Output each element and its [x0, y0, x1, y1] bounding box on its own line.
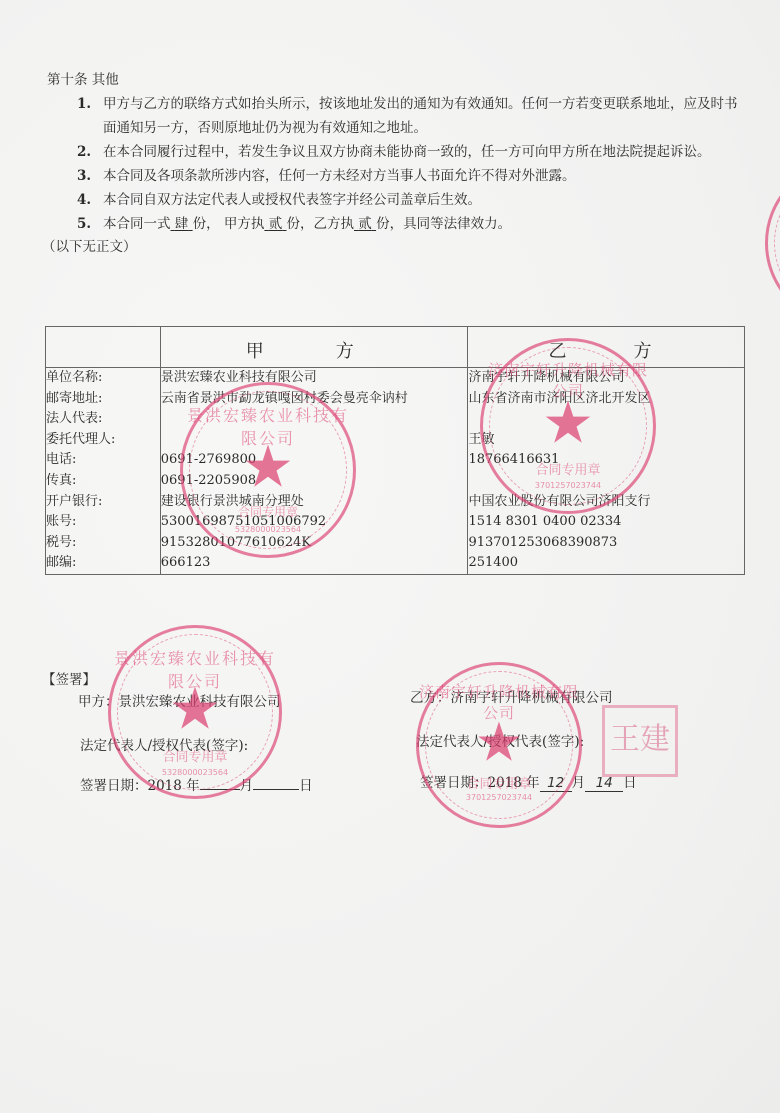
party-b-value: 1514 8301 0400 02334 — [468, 512, 744, 533]
party-b-value: 王敏 — [468, 430, 744, 451]
party-a-date: 签署日期：2018 年月日 — [80, 778, 313, 794]
item-text: 在本合同履行过程中，若发生争议且双方协商未能协商一致的，任一方可向甲方所在地法院… — [103, 144, 711, 160]
party-a-day-blank[interactable] — [253, 789, 299, 790]
party-a-value — [161, 409, 468, 430]
party-a-month-blank[interactable] — [200, 789, 240, 790]
item-text: 面通知另一方，否则原地址仍为视为有效通知之地址。 — [103, 120, 427, 136]
header-blank — [46, 327, 161, 368]
item-number: 4. — [77, 192, 91, 208]
item-number: 2. — [77, 144, 91, 160]
party-b-value — [468, 471, 744, 492]
clause-text: 本合同一式 — [103, 216, 171, 232]
field-label: 账号: — [46, 512, 160, 533]
field-label: 单位名称: — [46, 368, 160, 389]
party-b-date: 签署日期：2018 年12月14日 — [420, 775, 637, 792]
party-a-value: 景洪宏臻农业科技有限公司 — [161, 368, 468, 389]
party-a-value: 建设银行景洪城南分理处 — [161, 492, 468, 513]
field-label: 电话: — [46, 450, 160, 471]
edge-stamp-fragment — [765, 160, 780, 326]
party-a-value — [161, 430, 468, 451]
party-a-rep-label: 法定代表人/授权代表(签字): — [80, 738, 248, 754]
field-label: 邮编: — [46, 553, 160, 574]
field-label: 邮寄地址: — [46, 389, 160, 410]
party-b-name: 济南宇轩升降机械有限公司 — [451, 690, 613, 706]
party-b-value: 18766416631 — [468, 450, 744, 471]
party-a-value: 0691-2205908 — [161, 471, 468, 492]
party-a-copies: 贰 — [264, 216, 286, 232]
field-label: 税号: — [46, 533, 160, 554]
party-b-signature-line: 乙方：济南宇轩升降机械有限公司 — [410, 690, 613, 706]
personal-name-seal: 王建 — [602, 705, 678, 777]
party-b-rep-label: 法定代表人/授权代表(签字): — [416, 734, 584, 750]
signing-heading: 【签署】 — [42, 672, 96, 688]
party-b-day: 14 — [585, 775, 623, 792]
clause-text: 份， 甲方执 — [193, 216, 265, 232]
clause-text: 份，具同等法律效力。 — [376, 216, 511, 232]
field-label: 委托代理人: — [46, 430, 160, 451]
total-copies: 肆 — [171, 216, 193, 232]
party-b-value: 251400 — [468, 553, 744, 574]
party-info-table: 甲 方 乙 方 单位名称:邮寄地址:法人代表:委托代理人:电话:传真:开户银行:… — [45, 326, 745, 575]
party-a-header: 甲 方 — [160, 327, 468, 368]
party-a-value: 云南省景洪市勐龙镇嘎囡村委会曼亮伞讷村 — [161, 389, 468, 410]
field-label: 法人代表: — [46, 409, 160, 430]
party-a-value: 666123 — [161, 553, 468, 574]
party-b-label: 乙方： — [410, 690, 451, 706]
end-note: （以下无正文） — [42, 239, 137, 255]
party-a-signing-stamp: ★ 景洪宏臻农业科技有限公司 合同专用章 5328000023564 — [108, 625, 282, 799]
party-a-label: 甲方： — [78, 694, 119, 710]
section-title: 第十条 其他 — [47, 72, 119, 88]
party-a-name: 景洪宏臻农业科技有限公司 — [119, 694, 281, 710]
party-a-value: 0691-2769800 — [161, 450, 468, 471]
field-label: 传真: — [46, 471, 160, 492]
party-a-value: 53001698751051006792 — [161, 512, 468, 533]
party-b-values: 济南宇轩升降机械有限公司山东省济南市济阳区济北开发区 王敏18766416631… — [468, 368, 745, 575]
party-a-signature-line: 甲方：景洪宏臻农业科技有限公司 — [78, 694, 281, 710]
party-b-header: 乙 方 — [468, 327, 745, 368]
item-number: 5. — [77, 216, 91, 232]
item-text: 本合同自双方法定代表人或授权代表签字并经公司盖章后生效。 — [103, 192, 481, 208]
party-a-value: 91532801077610624K — [161, 533, 468, 554]
party-a-values: 景洪宏臻农业科技有限公司云南省景洪市勐龙镇嘎囡村委会曼亮伞讷村 0691-276… — [160, 368, 468, 575]
party-b-value: 913701253068390873 — [468, 533, 744, 554]
party-b-value: 山东省济南市济阳区济北开发区 — [468, 389, 744, 410]
clause-text: 份，乙方执 — [286, 216, 354, 232]
item-number: 3. — [77, 168, 91, 184]
document-page: 第十条 其他 1. 甲方与乙方的联络方式如抬头所示，按该地址发出的通知为有效通知… — [0, 0, 780, 1113]
field-labels: 单位名称:邮寄地址:法人代表:委托代理人:电话:传真:开户银行:账号:税号:邮编… — [46, 368, 161, 575]
copies-clause: 本合同一式 肆 份， 甲方执 贰 份，乙方执 贰 份，具同等法律效力。 — [103, 216, 511, 232]
item-number: 1. — [77, 96, 91, 112]
party-b-copies: 贰 — [354, 216, 376, 232]
field-label: 开户银行: — [46, 492, 160, 513]
party-b-month: 12 — [540, 775, 572, 792]
item-text: 本合同及各项条款所涉内容，任何一方未经对方当事人书面允许不得对外泄露。 — [103, 168, 576, 184]
party-b-value — [468, 409, 744, 430]
party-b-value: 中国农业股份有限公司济阳支行 — [468, 492, 744, 513]
party-b-value: 济南宇轩升降机械有限公司 — [468, 368, 744, 389]
item-text: 甲方与乙方的联络方式如抬头所示，按该地址发出的通知为有效通知。任何一方若变更联系… — [103, 96, 738, 112]
